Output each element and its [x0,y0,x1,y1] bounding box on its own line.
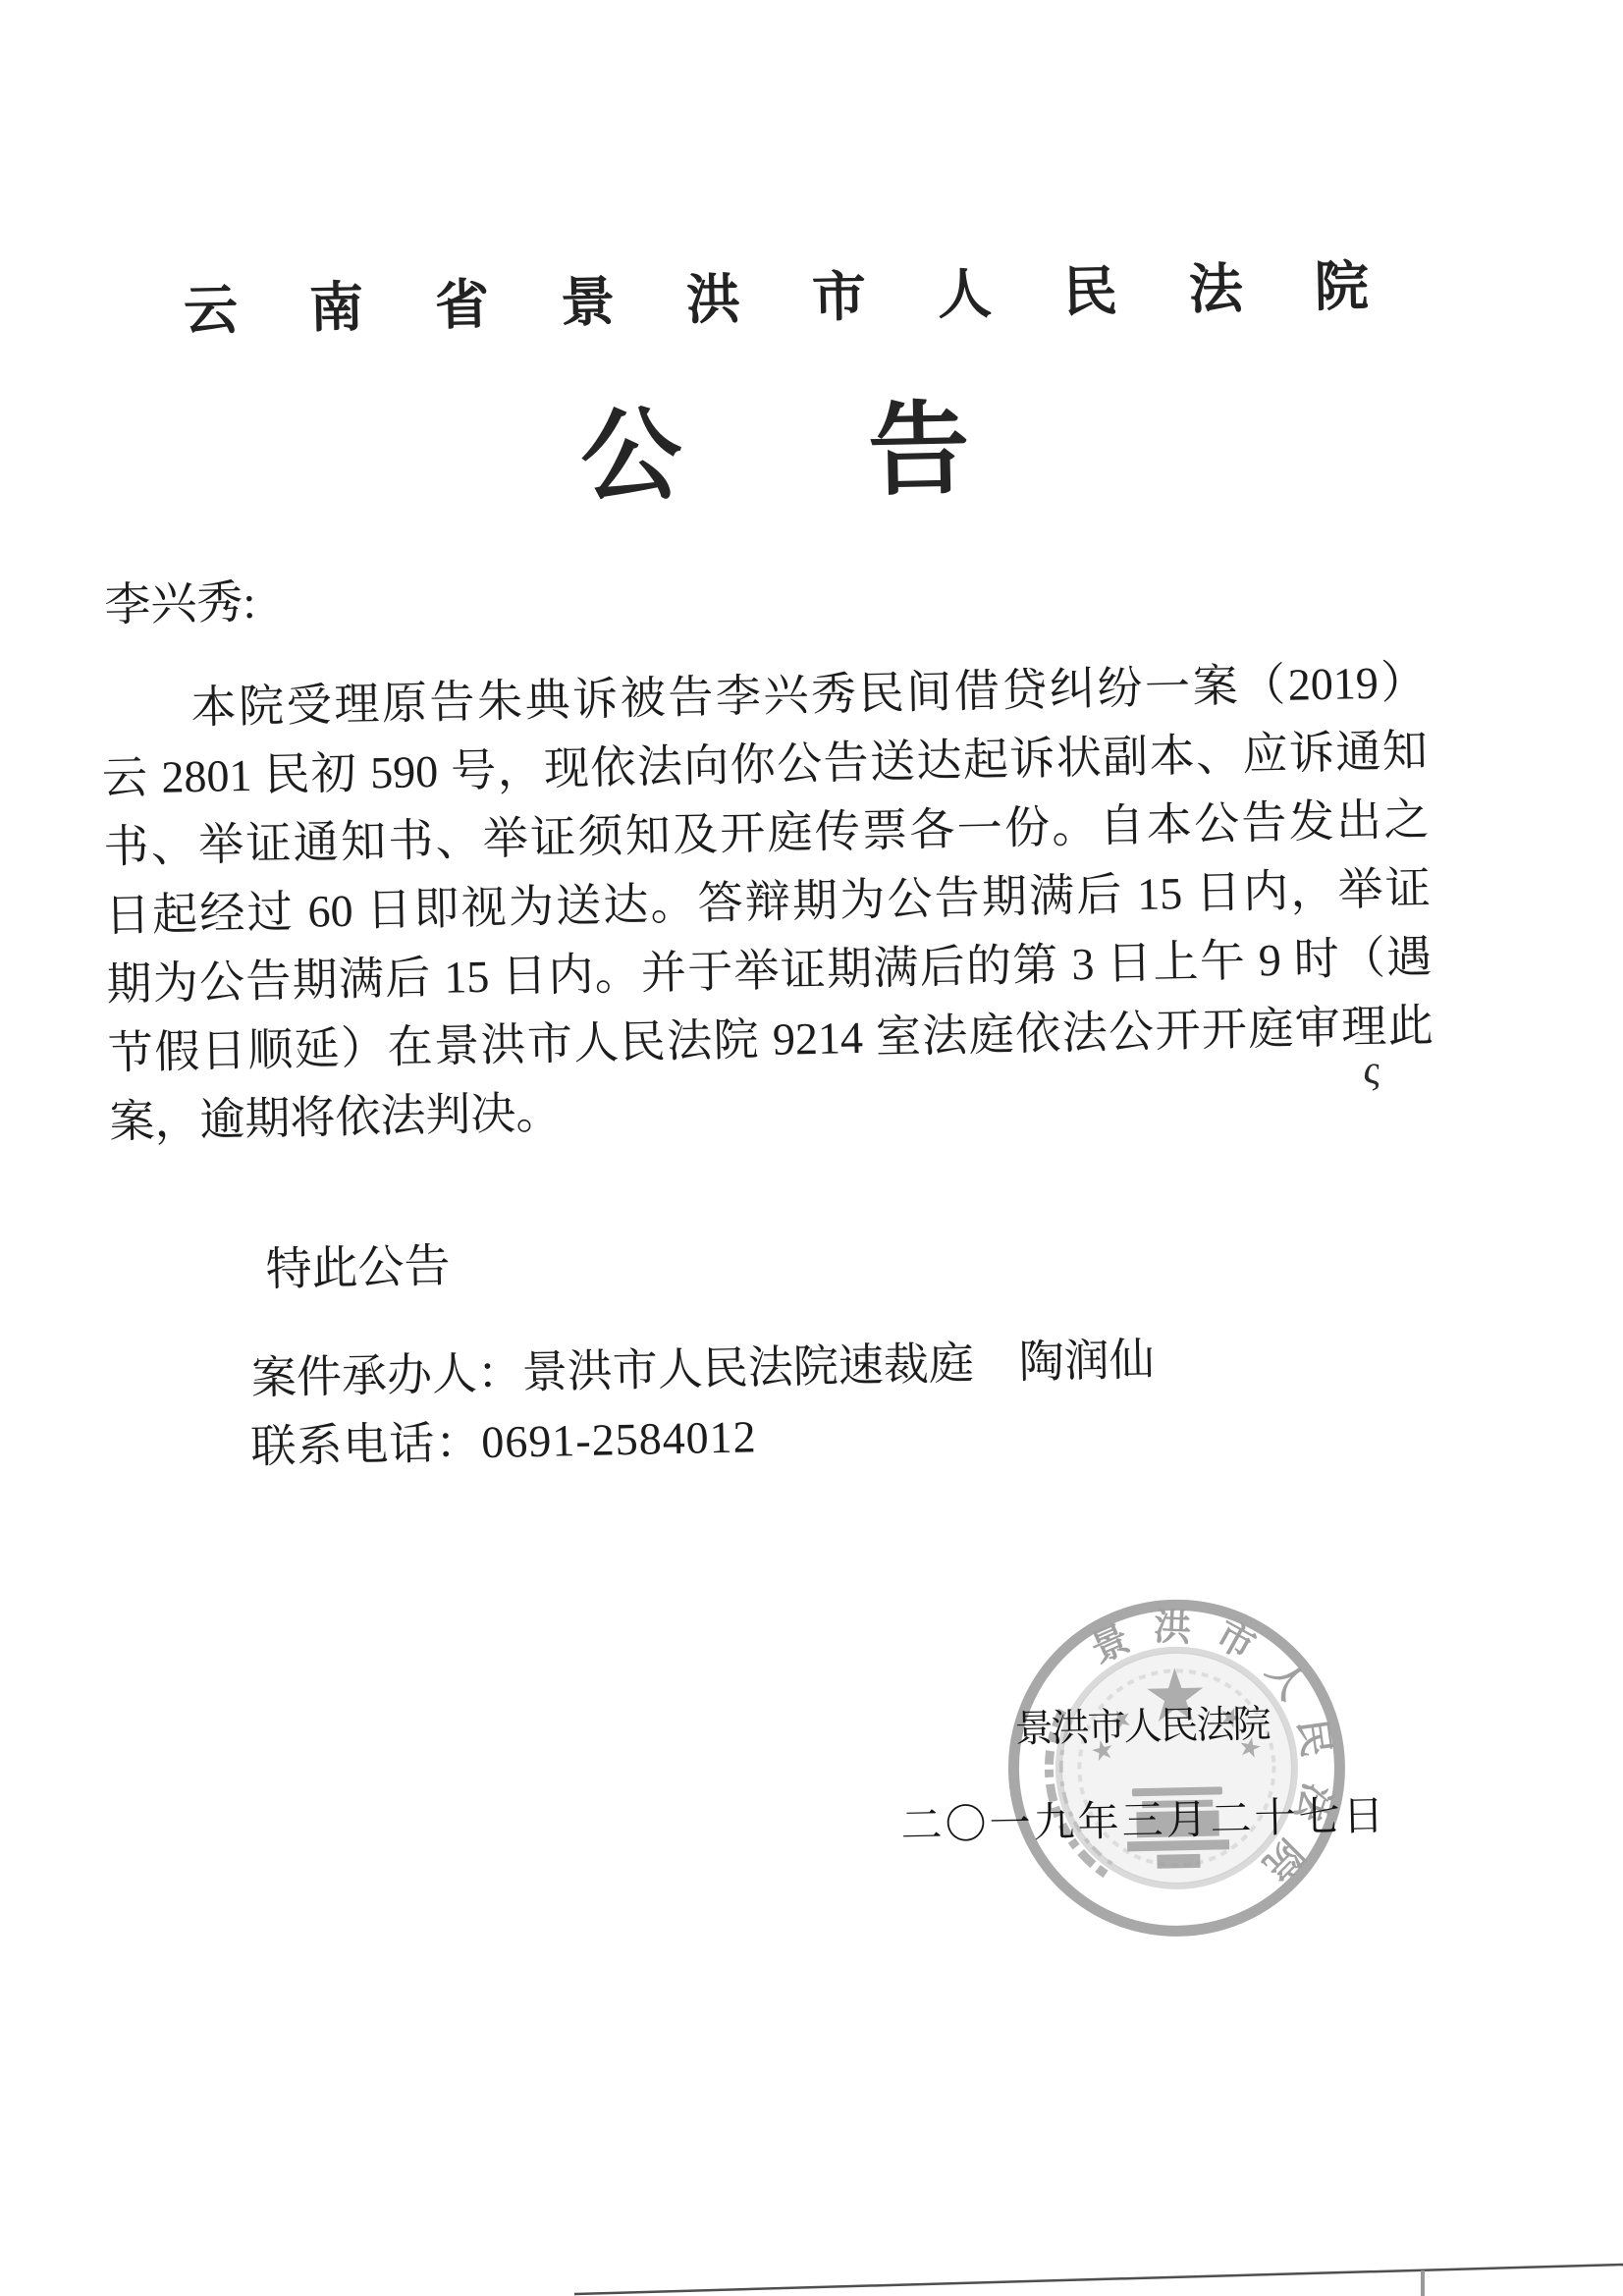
case-handler-label: 案件承办人： [250,1347,522,1403]
contact-phone-value: 0691-2584012 [481,1411,757,1467]
signature-court-name: 景洪市人民法院 [1014,1705,1270,1748]
notice-title: 公告 [579,397,1157,510]
scanned-court-notice-page: 云南省景洪市人民法院 公告 李兴秀: 本院受理原告朱典诉被告李兴秀民间借贷纠纷一… [0,0,1623,2296]
stray-pen-mark: ς [1363,1050,1381,1092]
contact-phone-line: 联系电话：0691-2584012 [250,1414,757,1470]
signature-date: 二〇一九年三月二十七日 [900,1796,1387,1847]
court-seal: 景洪市人民法院 [1004,1596,1349,1941]
document-content: 云南省景洪市人民法院 公告 李兴秀: 本院受理原告朱典诉被告李兴秀民间借贷纠纷一… [0,0,1623,2296]
court-title: 云南省景洪市人民法院 [184,257,1441,338]
notice-body-paragraph: 本院受理原告朱典诉被告李兴秀民间借贷纠纷一案（2019） 云 2801 民初 5… [100,648,1435,1157]
case-handler-line: 案件承办人：景洪市人民法院速裁庭 陶润仙 [250,1338,1155,1401]
closing-statement: 特此公告 [265,1244,451,1294]
contact-phone-label: 联系电话： [250,1417,482,1472]
case-handler-value: 景洪市人民法院速裁庭 陶润仙 [521,1335,1155,1397]
addressee-name: 李兴秀: [104,580,256,629]
